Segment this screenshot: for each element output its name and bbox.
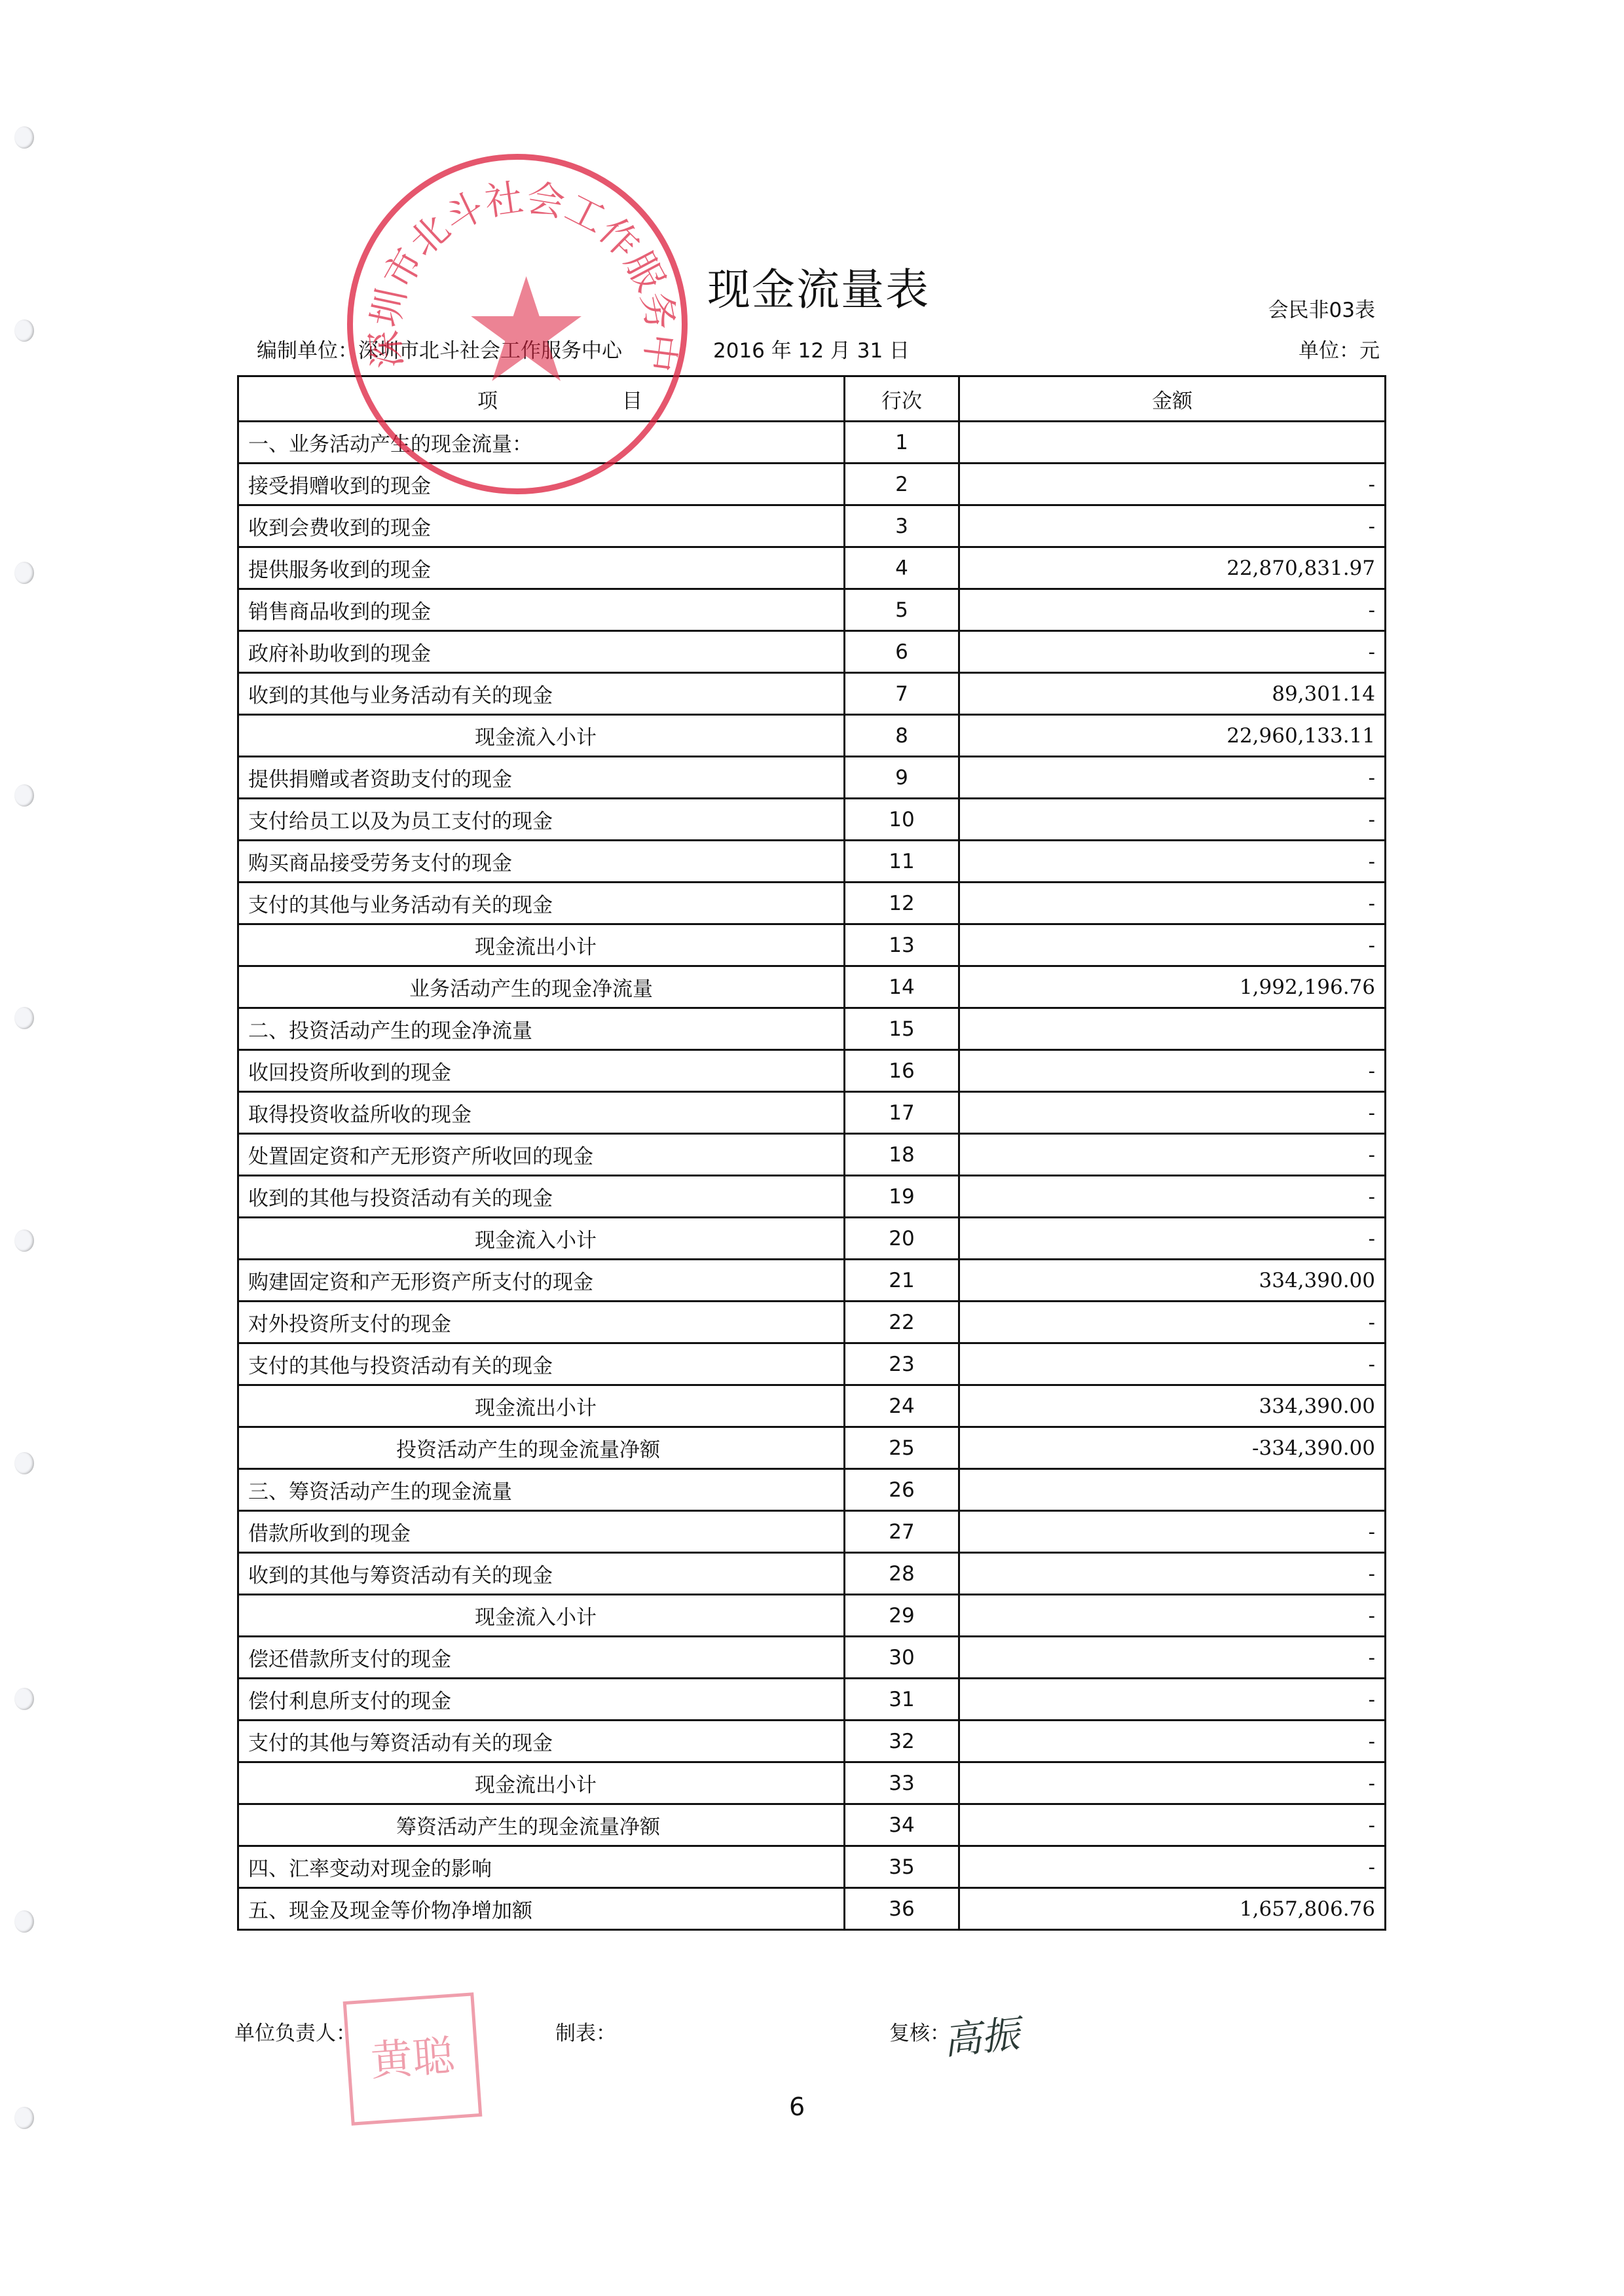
row-item: 收回投资所收到的现金 [238,1050,845,1092]
row-line-no: 14 [845,966,959,1008]
row-item: 现金流出小计 [238,1762,845,1804]
table-row: 购建固定资和产无形资产所支付的现金21334,390.00 [238,1260,1386,1302]
row-item: 收到的其他与投资活动有关的现金 [238,1176,845,1218]
table-row: 提供捐赠或者资助支付的现金9- [238,757,1386,799]
prepared-by: 编制单位：深圳市北斗社会工作服务中心 [257,334,622,363]
row-amount: - [959,1343,1386,1385]
row-amount [959,1469,1386,1511]
row-amount: -334,390.00 [959,1427,1386,1469]
row-item: 收到会费收到的现金 [238,505,845,547]
row-item: 提供服务收到的现金 [238,547,845,589]
row-amount: - [959,1218,1386,1260]
table-row: 现金流入小计822,960,133.11 [238,715,1386,757]
row-amount: - [959,1762,1386,1804]
row-amount: - [959,1637,1386,1679]
row-line-no: 13 [845,924,959,966]
row-amount: - [959,1804,1386,1846]
row-line-no: 25 [845,1427,959,1469]
row-amount: - [959,1176,1386,1218]
row-line-no: 26 [845,1469,959,1511]
row-amount: 22,960,133.11 [959,715,1386,757]
row-line-no: 17 [845,1092,959,1134]
row-item: 支付的其他与筹资活动有关的现金 [238,1721,845,1762]
row-item: 购建固定资和产无形资产所支付的现金 [238,1260,845,1302]
row-item: 二、投资活动产生的现金净流量 [238,1008,845,1050]
row-line-no: 6 [845,631,959,673]
table-row: 现金流入小计29- [238,1595,1386,1637]
table-row: 业务活动产生的现金净流量141,992,196.76 [238,966,1386,1008]
table-row: 三、筹资活动产生的现金流量26 [238,1469,1386,1511]
row-line-no: 36 [845,1888,959,1930]
row-item: 现金流入小计 [238,1595,845,1637]
table-row: 筹资活动产生的现金流量净额34- [238,1804,1386,1846]
table-row: 投资活动产生的现金流量净额25-334,390.00 [238,1427,1386,1469]
report-date: 2016 年 12 月 31 日 [713,334,910,363]
row-item: 偿付利息所支付的现金 [238,1679,845,1721]
row-amount: - [959,757,1386,799]
row-amount: - [959,464,1386,505]
row-item: 取得投资收益所收的现金 [238,1092,845,1134]
row-line-no: 8 [845,715,959,757]
row-line-no: 32 [845,1721,959,1762]
row-item: 现金流出小计 [238,924,845,966]
table-row: 收到会费收到的现金3- [238,505,1386,547]
currency-unit: 单位：元 [1299,334,1380,363]
row-amount: 1,657,806.76 [959,1888,1386,1930]
row-item: 借款所收到的现金 [238,1511,845,1553]
table-row: 收回投资所收到的现金16- [238,1050,1386,1092]
row-amount: - [959,1511,1386,1553]
row-item: 处置固定资和产无形资产所收回的现金 [238,1134,845,1176]
row-item: 销售商品收到的现金 [238,589,845,631]
prepared-by-label: 编制单位： [257,339,358,363]
row-item: 收到的其他与业务活动有关的现金 [238,673,845,715]
table-row: 购买商品接受劳务支付的现金11- [238,841,1386,883]
header-item-b: 目 [622,390,642,413]
row-item: 偿还借款所支付的现金 [238,1637,845,1679]
row-line-no: 4 [845,547,959,589]
row-item: 现金流出小计 [238,1385,845,1427]
row-line-no: 27 [845,1511,959,1553]
row-amount: - [959,1553,1386,1595]
row-item: 四、汇率变动对现金的影响 [238,1846,845,1888]
table-row: 五、现金及现金等价物净增加额361,657,806.76 [238,1888,1386,1930]
row-line-no: 10 [845,799,959,841]
row-amount: 334,390.00 [959,1260,1386,1302]
row-line-no: 11 [845,841,959,883]
table-row: 对外投资所支付的现金22- [238,1302,1386,1343]
row-amount: - [959,1302,1386,1343]
table-row: 收到的其他与业务活动有关的现金789,301.14 [238,673,1386,715]
row-line-no: 3 [845,505,959,547]
row-amount: - [959,883,1386,924]
row-item: 支付给员工以及为员工支付的现金 [238,799,845,841]
row-amount [959,1008,1386,1050]
row-item: 筹资活动产生的现金流量净额 [238,1804,845,1846]
row-line-no: 12 [845,883,959,924]
row-item: 三、筹资活动产生的现金流量 [238,1469,845,1511]
table-row: 一、业务活动产生的现金流量：1 [238,422,1386,464]
row-amount: - [959,589,1386,631]
row-line-no: 19 [845,1176,959,1218]
row-amount: - [959,505,1386,547]
binder-hole [14,1230,34,1252]
header-item: 项目 [238,376,845,422]
row-item: 现金流入小计 [238,1218,845,1260]
row-line-no: 29 [845,1595,959,1637]
row-amount: - [959,631,1386,673]
reviewer-signature: 高振 [940,2003,1022,2066]
row-line-no: 2 [845,464,959,505]
table-row: 支付给员工以及为员工支付的现金10- [238,799,1386,841]
table-row: 四、汇率变动对现金的影响35- [238,1846,1386,1888]
document-meta: 编制单位：深圳市北斗社会工作服务中心 2016 年 12 月 31 日 单位：元 [257,334,1380,364]
table-row: 借款所收到的现金27- [238,1511,1386,1553]
row-amount: 1,992,196.76 [959,966,1386,1008]
row-amount: - [959,1134,1386,1176]
responsible-person-label: 单位负责人： [234,2016,356,2046]
table-row: 支付的其他与业务活动有关的现金12- [238,883,1386,924]
table-row: 收到的其他与投资活动有关的现金19- [238,1176,1386,1218]
table-row: 现金流出小计33- [238,1762,1386,1804]
row-line-no: 22 [845,1302,959,1343]
row-line-no: 35 [845,1846,959,1888]
row-line-no: 9 [845,757,959,799]
table-row: 支付的其他与投资活动有关的现金23- [238,1343,1386,1385]
row-item: 对外投资所支付的现金 [238,1302,845,1343]
row-amount: - [959,1721,1386,1762]
row-amount: 334,390.00 [959,1385,1386,1427]
signature-footer: 单位负责人： 制表： 复核： [234,2016,1348,2049]
row-line-no: 24 [845,1385,959,1427]
row-amount: 22,870,831.97 [959,547,1386,589]
row-line-no: 28 [845,1553,959,1595]
header-line-no: 行次 [845,376,959,422]
row-amount: - [959,1595,1386,1637]
binder-hole [14,1688,34,1710]
table-header-row: 项目 行次 金额 [238,376,1386,422]
table-row: 收到的其他与筹资活动有关的现金28- [238,1553,1386,1595]
binder-hole [14,1452,34,1474]
binder-hole [14,126,34,149]
row-amount: - [959,841,1386,883]
row-line-no: 7 [845,673,959,715]
row-item: 接受捐赠收到的现金 [238,464,845,505]
header-item-a: 项 [477,390,498,413]
binder-hole [14,1910,34,1933]
row-item: 政府补助收到的现金 [238,631,845,673]
table-row: 取得投资收益所收的现金17- [238,1092,1386,1134]
row-line-no: 30 [845,1637,959,1679]
table-row: 提供服务收到的现金422,870,831.97 [238,547,1386,589]
row-item: 收到的其他与筹资活动有关的现金 [238,1553,845,1595]
binder-hole [14,319,34,342]
row-item: 业务活动产生的现金净流量 [238,966,845,1008]
table-row: 二、投资活动产生的现金净流量15 [238,1008,1386,1050]
table-row: 偿付利息所支付的现金31- [238,1679,1386,1721]
row-item: 提供捐赠或者资助支付的现金 [238,757,845,799]
table-row: 处置固定资和产无形资产所收回的现金18- [238,1134,1386,1176]
row-line-no: 21 [845,1260,959,1302]
binder-hole [14,562,34,584]
table-row: 偿还借款所支付的现金30- [238,1637,1386,1679]
row-item: 投资活动产生的现金流量净额 [238,1427,845,1469]
row-line-no: 33 [845,1762,959,1804]
row-item: 现金流入小计 [238,715,845,757]
cash-flow-table: 项目 行次 金额 一、业务活动产生的现金流量：1接受捐赠收到的现金2-收到会费收… [237,375,1386,1931]
table-row: 接受捐赠收到的现金2- [238,464,1386,505]
row-line-no: 23 [845,1343,959,1385]
binder-hole [14,2107,34,2129]
table-row: 政府补助收到的现金6- [238,631,1386,673]
form-code: 会民非03表 [1268,293,1375,323]
row-item: 支付的其他与业务活动有关的现金 [238,883,845,924]
row-line-no: 16 [845,1050,959,1092]
row-line-no: 20 [845,1218,959,1260]
header-amount: 金额 [959,376,1386,422]
table-row: 现金流入小计20- [238,1218,1386,1260]
row-line-no: 31 [845,1679,959,1721]
row-line-no: 15 [845,1008,959,1050]
row-item: 五、现金及现金等价物净增加额 [238,1888,845,1930]
organization-name: 深圳市北斗社会工作服务中心 [358,339,622,363]
row-amount: 89,301.14 [959,673,1386,715]
binder-hole [14,784,34,807]
row-amount: - [959,799,1386,841]
row-item: 购买商品接受劳务支付的现金 [238,841,845,883]
row-amount: - [959,1679,1386,1721]
row-item: 一、业务活动产生的现金流量： [238,422,845,464]
row-line-no: 1 [845,422,959,464]
row-line-no: 18 [845,1134,959,1176]
document-title: 现金流量表 [707,255,930,317]
table-row: 支付的其他与筹资活动有关的现金32- [238,1721,1386,1762]
row-amount: - [959,1846,1386,1888]
row-amount [959,422,1386,464]
page-number: 6 [789,2092,805,2121]
row-line-no: 34 [845,1804,959,1846]
row-amount: - [959,924,1386,966]
table-row: 现金流出小计24334,390.00 [238,1385,1386,1427]
prepared-by-table-label: 制表： [555,2016,616,2046]
binder-hole [14,1007,34,1029]
row-line-no: 5 [845,589,959,631]
table-row: 现金流出小计13- [238,924,1386,966]
row-amount: - [959,1050,1386,1092]
row-amount: - [959,1092,1386,1134]
row-item: 支付的其他与投资活动有关的现金 [238,1343,845,1385]
personal-square-seal: 黄聪 [343,1992,483,2125]
table-row: 销售商品收到的现金5- [238,589,1386,631]
